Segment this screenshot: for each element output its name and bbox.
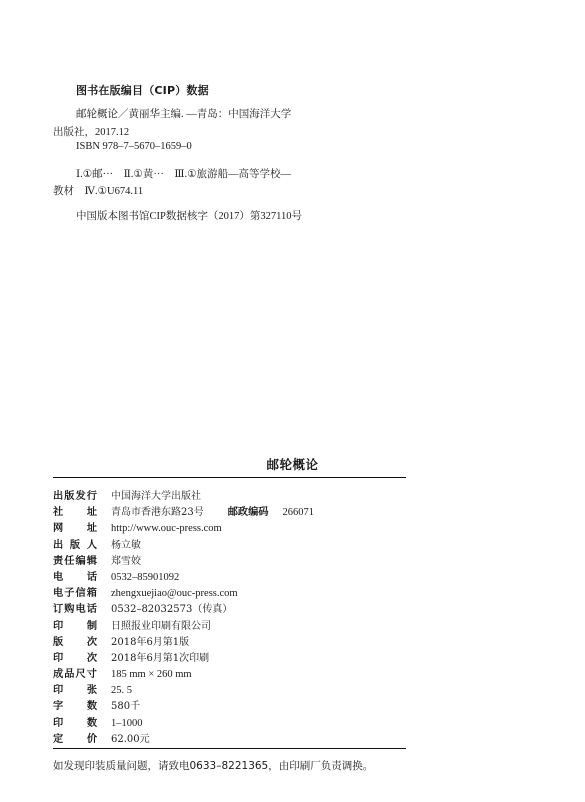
colophon-label: 订购电话: [53, 600, 97, 615]
colophon-row: 成品尺寸185 mm × 260 mm: [53, 665, 314, 681]
colophon-row: 电话0532–85901092: [53, 568, 314, 584]
colophon-label-char: 张: [87, 681, 97, 696]
colophon-label-char: 址: [87, 503, 97, 518]
colophon-label-char: 电: [53, 568, 63, 583]
colophon-label-char: 印: [53, 617, 63, 632]
colophon-label-char: 电: [53, 584, 63, 599]
colophon-label-char: 发: [76, 487, 86, 502]
cip-line-publisher: 出版社，2017.12: [53, 124, 129, 139]
colophon-label: 印张: [53, 681, 97, 696]
colophon-value: 日照报业印刷有限公司: [111, 617, 211, 632]
colophon-value: http://www.ouc-press.com: [111, 523, 222, 534]
colophon-label-char: 行: [87, 487, 97, 502]
colophon-label-char: 电: [76, 600, 86, 615]
colophon-label-char: 箱: [87, 584, 97, 599]
colophon-label: 印次: [53, 649, 97, 664]
colophon-label-char: 成: [53, 665, 63, 680]
colophon-label-char: 印: [53, 681, 63, 696]
colophon-label: 出版人: [53, 536, 97, 551]
colophon-row: 定价62.00元: [53, 730, 314, 746]
colophon-label-char: 尺: [76, 665, 86, 680]
colophon-row: 版次2018年6月第1版: [53, 633, 314, 649]
quality-notice: 如发现印装质量问题，请致电0633–8221365，由印刷厂负责调换。: [53, 758, 373, 773]
colophon-label: 印制: [53, 617, 97, 632]
colophon-label-char: 印: [53, 714, 63, 729]
colophon-label-char: 次: [87, 633, 97, 648]
colophon-label-char: 址: [87, 519, 97, 534]
colophon-label-char: 话: [87, 568, 97, 583]
colophon-table: 出版发行中国海洋大学出版社社址青岛市香港东路23号邮政编码266071网址htt…: [53, 487, 314, 746]
colophon-row: 网址http://www.ouc-press.com: [53, 519, 314, 535]
colophon-value: 2018年6月第1版: [111, 633, 189, 648]
colophon-row: 印数1–1000: [53, 714, 314, 730]
colophon-label-char: 价: [87, 730, 97, 745]
colophon-row: 责任编辑郑雪姣: [53, 552, 314, 568]
postal-code-value: 266071: [282, 507, 314, 518]
colophon-value: 1–1000: [111, 718, 143, 729]
colophon-label-char: 订: [53, 600, 63, 615]
cip-heading: 图书在版编目（CIP）数据: [76, 82, 209, 98]
colophon-value: 62.00元: [111, 730, 150, 745]
colophon-label-char: 出: [53, 536, 63, 551]
postal-code-label: 邮政编码: [228, 503, 269, 518]
colophon-label: 电子信箱: [53, 584, 97, 599]
colophon-label: 电话: [53, 568, 97, 583]
colophon-label: 字数: [53, 697, 97, 712]
colophon-row: 出版人杨立敏: [53, 536, 314, 552]
colophon-value: zhengxuejiao@ouc-press.com: [111, 588, 238, 599]
colophon-value: 郑雪姣: [111, 552, 141, 567]
colophon-row: 印张25. 5: [53, 681, 314, 697]
colophon-label-char: 编: [76, 552, 86, 567]
colophon-value: 185 mm × 260 mm: [111, 669, 192, 680]
cip-line-classification-cont: 教材 Ⅳ.①U674.11: [53, 183, 143, 198]
book-title: 邮轮概论: [0, 455, 585, 473]
cip-line-isbn: ISBN 978–7–5670–1659–0: [76, 141, 192, 152]
colophon-label-char: 网: [53, 519, 63, 534]
colophon-row: 出版发行中国海洋大学出版社: [53, 487, 314, 503]
colophon-label-char: 版: [64, 487, 74, 502]
colophon-label-char: 子: [64, 584, 74, 599]
colophon-value: 中国海洋大学出版社: [111, 487, 201, 502]
colophon-label-char: 任: [64, 552, 74, 567]
colophon-label-char: 版: [70, 536, 80, 551]
colophon-label-char: 数: [87, 714, 97, 729]
colophon-row: 社址青岛市香港东路23号邮政编码266071: [53, 503, 314, 519]
colophon-value: 25. 5: [111, 685, 132, 696]
colophon-value: 杨立敏: [111, 536, 141, 551]
colophon-label-char: 寸: [87, 665, 97, 680]
colophon-label-char: 辑: [87, 552, 97, 567]
colophon-label: 责任编辑: [53, 552, 97, 567]
colophon-label: 出版发行: [53, 487, 97, 502]
colophon-label-char: 制: [87, 617, 97, 632]
colophon-label: 网址: [53, 519, 97, 534]
colophon-label-char: 话: [87, 600, 97, 615]
colophon-value: 青岛市香港东路23号: [111, 503, 204, 518]
colophon-row: 订购电话0532–82032573（传真）: [53, 600, 314, 616]
colophon-label-char: 定: [53, 730, 63, 745]
colophon-row: 电子信箱zhengxuejiao@ouc-press.com: [53, 584, 314, 600]
colophon-row: 印制日照报业印刷有限公司: [53, 617, 314, 633]
cip-line-record-number: 中国版本图书馆CIP数据核字（2017）第327110号: [76, 208, 302, 223]
colophon-label: 版次: [53, 633, 97, 648]
colophon-value: 580千: [111, 697, 140, 712]
divider-top: [53, 477, 406, 478]
colophon-label-char: 信: [76, 584, 86, 599]
cip-line-classification: Ⅰ.①邮··· Ⅱ.①黄··· Ⅲ.①旅游船—高等学校—: [76, 166, 291, 181]
colophon-row: 字数580千: [53, 697, 314, 713]
colophon-label-char: 人: [87, 536, 97, 551]
colophon-value: 0532–82032573（传真）: [111, 600, 232, 615]
colophon-value: 0532–85901092: [111, 572, 179, 583]
cip-line-title: 邮轮概论／黄丽华主编. —青岛：中国海洋大学: [76, 106, 291, 121]
colophon-label-char: 社: [53, 503, 63, 518]
colophon-label-char: 字: [53, 697, 63, 712]
colophon-label-char: 次: [87, 649, 97, 664]
colophon-label-char: 出: [53, 487, 63, 502]
colophon-label-char: 品: [64, 665, 74, 680]
colophon-label-char: 数: [87, 697, 97, 712]
colophon-label: 定价: [53, 730, 97, 745]
colophon-label: 成品尺寸: [53, 665, 97, 680]
colophon-label-char: 责: [53, 552, 63, 567]
colophon-label: 社址: [53, 503, 97, 518]
colophon-value: 2018年6月第1次印刷: [111, 649, 209, 664]
colophon-row: 印次2018年6月第1次印刷: [53, 649, 314, 665]
colophon-label: 印数: [53, 714, 97, 729]
colophon-label-char: 购: [64, 600, 74, 615]
divider-bottom: [53, 748, 406, 749]
colophon-label-char: 印: [53, 649, 63, 664]
colophon-label-char: 版: [53, 633, 63, 648]
